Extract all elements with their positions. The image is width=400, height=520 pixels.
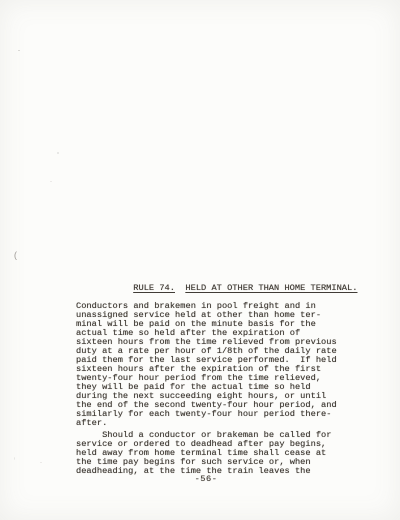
- rule-title: HELD AT OTHER THAN HOME TERMINAL.: [185, 283, 357, 293]
- document-page: ( RULE 74.HELD AT OTHER THAN HOME TERMIN…: [0, 0, 400, 520]
- scan-speck: [14, 457, 15, 460]
- scan-artifact-mark: (: [13, 251, 18, 261]
- rule-number: RULE 74.: [133, 283, 175, 293]
- scan-speck: [57, 152, 59, 154]
- scan-speck: [50, 181, 52, 182]
- rule-heading: RULE 74.HELD AT OTHER THAN HOME TERMINAL…: [76, 275, 344, 302]
- rule-body-paragraph: Conductors and brakemen in pool freight …: [76, 302, 344, 428]
- scan-speck: [40, 462, 42, 463]
- rule-second-paragraph: Should a conductor or brakeman be called…: [76, 431, 344, 476]
- rule-text-block: RULE 74.HELD AT OTHER THAN HOME TERMINAL…: [76, 275, 344, 476]
- scan-speck: [18, 50, 20, 51]
- page-number: -56-: [6, 474, 400, 484]
